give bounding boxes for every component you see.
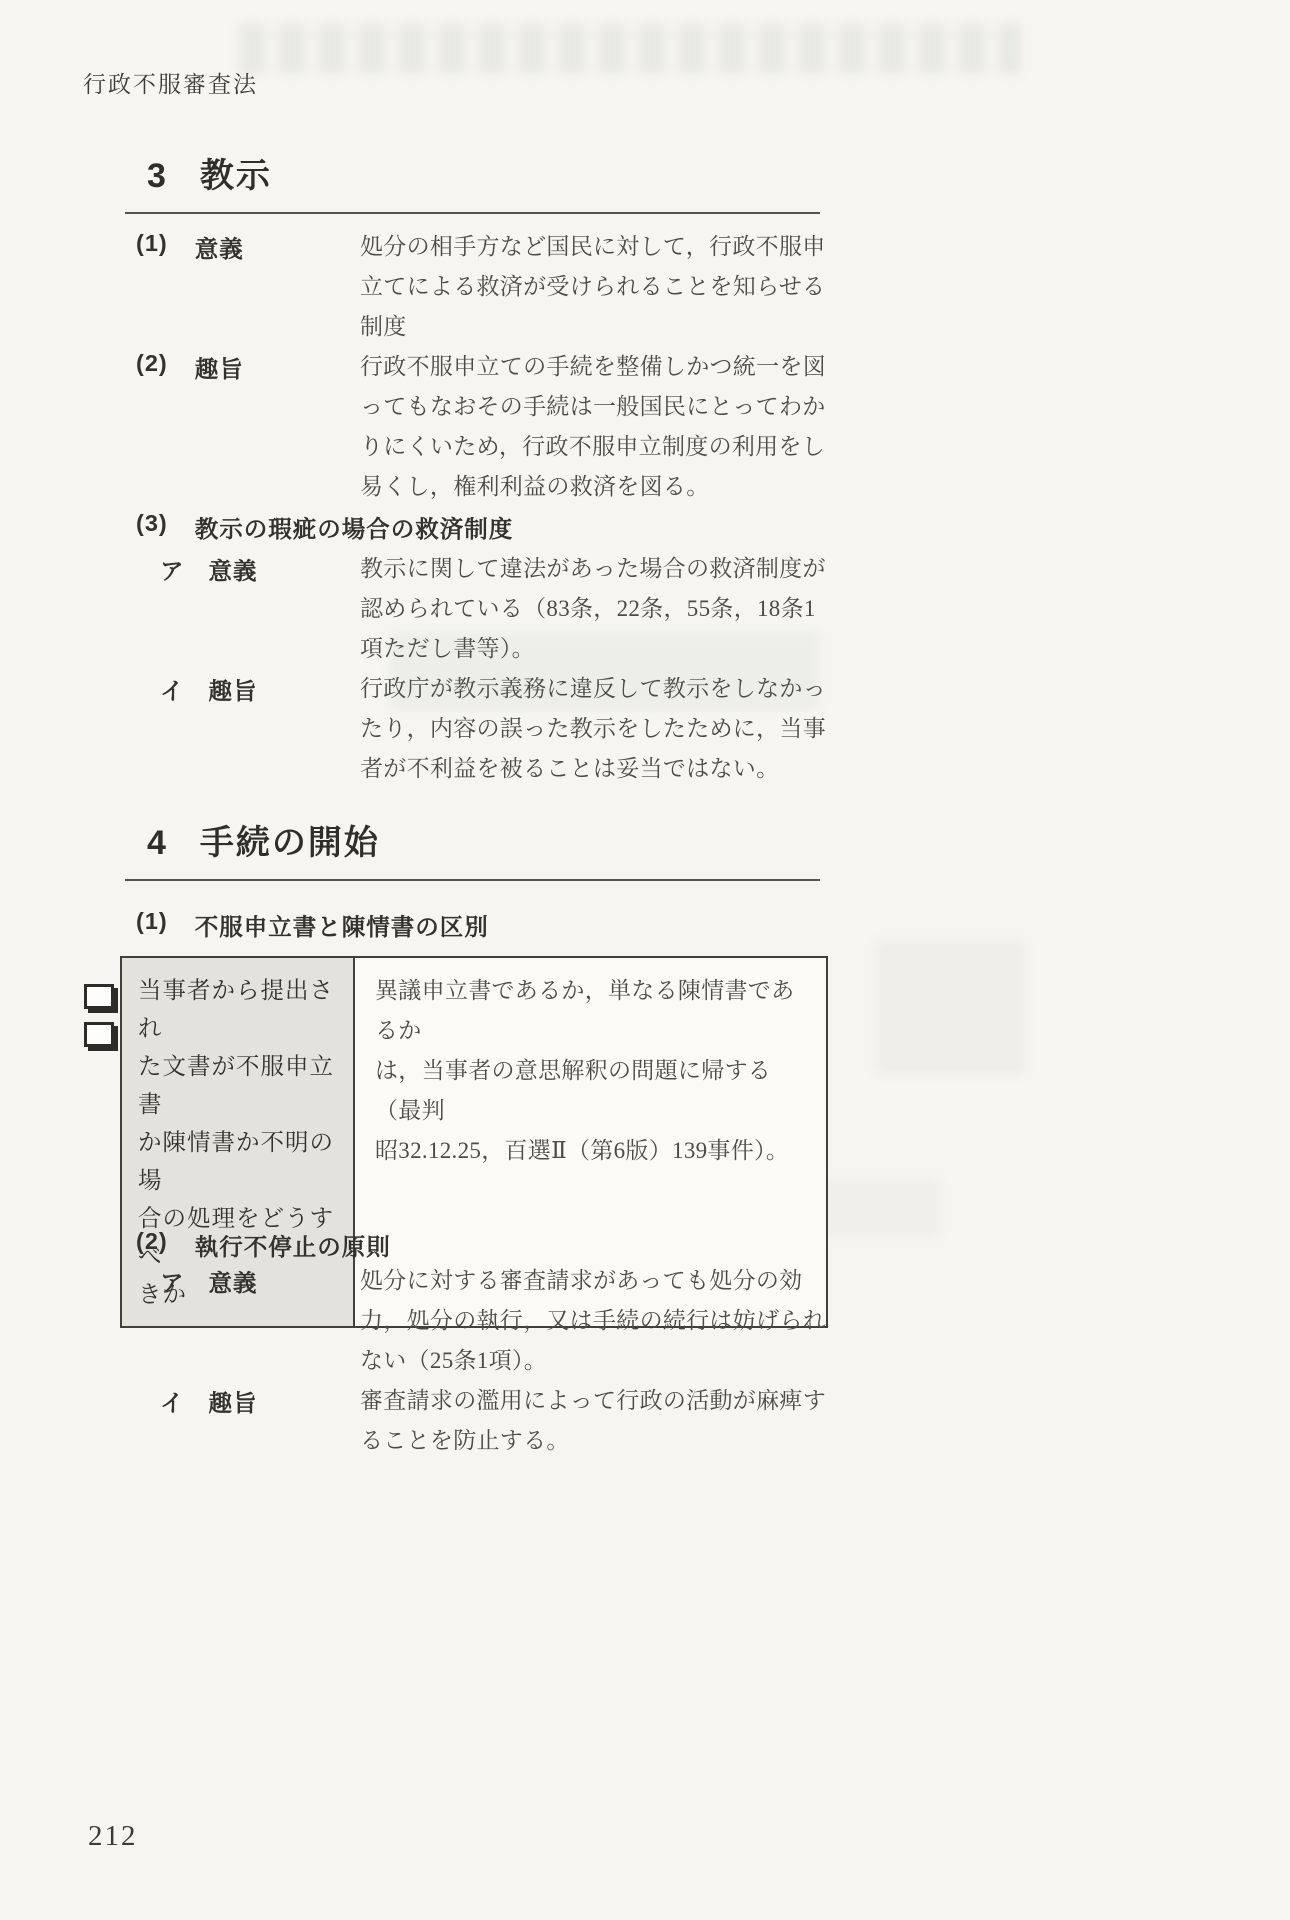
subitem-body-text: 教示に関して違法があった場合の救済制度が 認められている（83条，22条，55条… [360, 549, 860, 669]
subitem-body-text: 処分に対する審査請求があっても処分の効 力，処分の執行，又は手続の続行は妨げられ… [360, 1261, 860, 1381]
subitem-body-text: 行政庁が教示義務に違反して教示をしなかっ たり，内容の誤った教示をしたために，当… [360, 669, 860, 789]
subitem-label-group: イ 趣旨 [160, 1384, 258, 1418]
section-3-number: 3 [147, 157, 166, 196]
item-number: (3) [136, 510, 168, 544]
subitem-marker: イ [160, 672, 185, 706]
subitem-label-group: ア 意義 [160, 1264, 258, 1298]
item-number: (2) [136, 1228, 168, 1262]
item-label-group: (1) 不服申立書と陳情書の区別 [136, 908, 489, 942]
subitem-marker: ア [160, 1264, 185, 1298]
item-title: 執行不停止の原則 [195, 1228, 391, 1262]
section-4-number: 4 [147, 824, 166, 863]
running-header: 行政不服審査法 [83, 66, 258, 99]
page-number: 212 [88, 1820, 138, 1853]
item-label-group: (2) 執行不停止の原則 [136, 1228, 391, 1262]
item-number: (1) [136, 230, 168, 264]
subitem-title: 意義 [209, 1264, 258, 1298]
item-body-text: 行政不服申立ての手続を整備しかつ統一を図 ってもなおその手続は一般国民にとってわ… [360, 347, 860, 507]
subitem-label-group: ア 意義 [160, 552, 258, 586]
item-title: 教示の瑕疵の場合の救済制度 [195, 510, 514, 544]
item-label-group: (3) 教示の瑕疵の場合の救済制度 [136, 510, 513, 544]
item-label-group: (1) 意義 [136, 230, 244, 264]
subitem-body-text: 審査請求の濫用によって行政の活動が麻痺す ることを防止する。 [360, 1381, 860, 1461]
item-label-group: (2) 趣旨 [136, 350, 244, 384]
section-4-title: 手続の開始 [200, 815, 380, 864]
subitem-marker: ア [160, 552, 185, 586]
subitem-marker: イ [160, 1384, 185, 1418]
item-title: 意義 [195, 230, 244, 264]
checkbox-icon [84, 1022, 114, 1047]
subitem-title: 趣旨 [209, 672, 258, 706]
item-title: 不服申立書と陳情書の区別 [195, 908, 489, 942]
subitem-label-group: イ 趣旨 [160, 672, 258, 706]
scan-artifact [875, 940, 1025, 1075]
item-number: (1) [136, 908, 168, 942]
scan-artifact [240, 24, 1020, 74]
section-3-heading: 3教示 [125, 148, 820, 214]
checkbox-icon [84, 984, 114, 1009]
scanned-book-page: 行政不服審査法 3教示 (1) 意義 処分の相手方など国民に対して，行政不服申 … [0, 0, 1290, 1920]
checkbox-markers [84, 984, 114, 1047]
item-title: 趣旨 [195, 350, 244, 384]
subitem-title: 趣旨 [209, 1384, 258, 1418]
section-3-title: 教示 [200, 148, 272, 197]
item-body-text: 処分の相手方など国民に対して，行政不服申 立てによる救済が受けられることを知らせ… [360, 227, 860, 347]
item-number: (2) [136, 350, 168, 384]
subitem-title: 意義 [209, 552, 258, 586]
section-4-heading: 4手続の開始 [125, 815, 820, 881]
